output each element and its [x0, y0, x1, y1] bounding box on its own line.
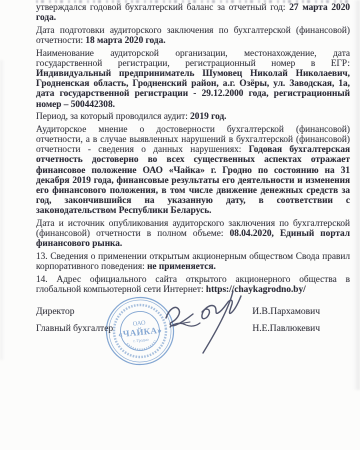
paragraph: Наименование аудиторской организации, ме… — [36, 49, 350, 110]
document-body: утверждался годовой бухгалтерский баланс… — [36, 3, 350, 298]
paragraph: Дата и источник опубликования аудиторско… — [36, 219, 350, 250]
scanned-document-page: утверждался годовой бухгалтерский баланс… — [0, 0, 360, 450]
signature-ink — [150, 280, 250, 360]
signatory-name: Н.Е.Павлюкевич — [252, 324, 320, 334]
signatory-title: Директор — [36, 307, 75, 317]
scan-edge-artifact — [0, 60, 4, 360]
paragraph: Период, за который проводился аудит: 201… — [36, 112, 350, 122]
signatory-title: Главный бухгалтер — [36, 324, 113, 334]
signatory-name: И.В.Пархамович — [252, 307, 320, 317]
scan-edge-artifact — [353, 0, 360, 390]
paragraph: Дата подготовки аудиторского заключения … — [36, 26, 350, 46]
paragraph: 13. Сведения о применении открытым акцио… — [36, 252, 350, 272]
paragraph: утверждался годовой бухгалтерский баланс… — [36, 3, 350, 23]
stamp-city: г. Гродно — [133, 337, 149, 344]
paragraph: Аудиторское мнение о достоверности бухга… — [36, 125, 350, 217]
